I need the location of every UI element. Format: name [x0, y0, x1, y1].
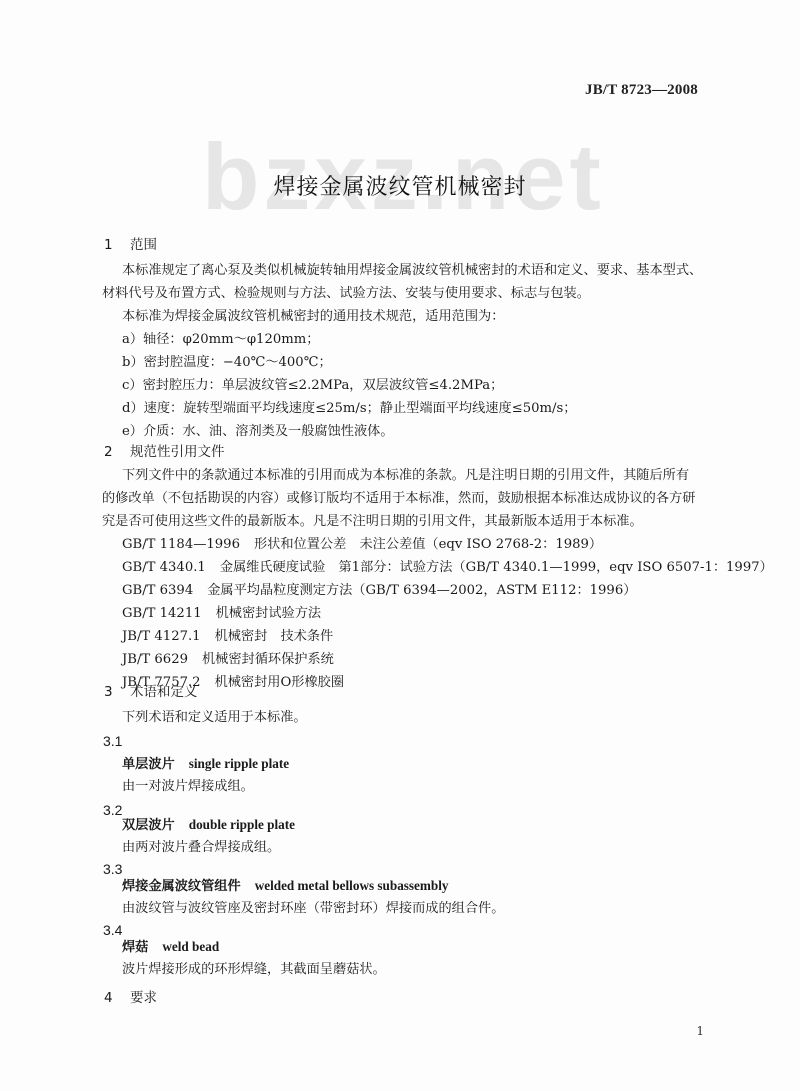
term-definition: 由波纹管与波纹管座及密封环座（带密封环）焊接而成的组合件。: [122, 900, 504, 918]
section-1-heading: 1范围: [104, 236, 157, 254]
term-definition: 由两对波片叠合焊接成组。: [122, 839, 280, 857]
term-chinese: 单层波片: [122, 757, 175, 772]
standard-code: JB/T 8723—2008: [585, 82, 698, 99]
section-title: 规范性引用文件: [130, 444, 225, 460]
section-number: 3: [104, 683, 130, 701]
scope-item-a: a）轴径：φ20mm～φ120mm；: [122, 331, 319, 349]
reference-code: JB/T 4127.1: [122, 629, 201, 644]
section-1-para2: 本标准为焊接金属波纹管机械密封的通用技术规范，适用范围为：: [122, 308, 504, 326]
reference-item: GB/T 14211机械密封试验方法: [122, 605, 321, 623]
scope-item-e: e）介质：水、油、溶剂类及一般腐蚀性液体。: [122, 423, 394, 441]
term-english: weld bead: [162, 939, 219, 954]
term-english: double ripple plate: [189, 817, 295, 832]
document-page: JB/T 8723—2008 bzxz.net 焊接金属波纹管机械密封 1范围 …: [0, 0, 800, 1091]
reference-item: GB/T 4340.1金属维氏硬度试验 第1部分：试验方法（GB/T 4340.…: [122, 559, 773, 577]
page-number: 1: [696, 1024, 704, 1038]
reference-item: JB/T 4127.1机械密封 技术条件: [122, 628, 333, 646]
section-3-heading: 3术语和定义: [104, 683, 198, 701]
section-2-para-line2: 的修改单（不包括勘误的内容）或修订版均不适用于本标准，然而，鼓励根据本标准达成协…: [102, 490, 695, 508]
term-chinese: 双层波片: [122, 818, 175, 833]
reference-code: GB/T 1184—1996: [122, 537, 240, 552]
reference-title: 形状和位置公差 未注公差值（eqv ISO 2768-2：1989）: [254, 537, 602, 552]
reference-code: JB/T 6629: [122, 652, 188, 667]
section-title: 术语和定义: [130, 684, 198, 700]
term-english: single ripple plate: [189, 756, 289, 771]
term-heading: 焊菇weld bead: [122, 938, 219, 957]
reference-title: 机械密封循环保护系统: [202, 652, 334, 667]
section-number: 1: [104, 236, 130, 254]
reference-code: GB/T 6394: [122, 583, 193, 598]
section-2-heading: 2规范性引用文件: [104, 443, 225, 461]
section-1-para1-line2: 材料代号及布置方式、检验规则与方法、试验方法、安装与使用要求、标志与包装。: [102, 285, 590, 303]
term-chinese: 焊接金属波纹管组件: [122, 879, 241, 894]
clause-number: 3.1: [103, 732, 122, 750]
term-heading: 单层波片single ripple plate: [122, 755, 289, 774]
section-4-heading: 4要求: [104, 989, 157, 1007]
section-number: 2: [104, 443, 130, 461]
section-2-para-line3: 究是否可使用这些文件的最新版本。凡是不注明日期的引用文件，其最新版本适用于本标准…: [102, 513, 643, 531]
section-title: 要求: [130, 990, 157, 1006]
clause-number: 3.4: [103, 921, 122, 939]
scope-item-c: c）密封腔压力：单层波纹管≤2.2MPa，双层波纹管≤4.2MPa；: [122, 377, 503, 395]
section-1-para1-line1: 本标准规定了离心泵及类似机械旋转轴用焊接金属波纹管机械密封的术语和定义、要求、基…: [122, 262, 702, 280]
reference-code: GB/T 4340.1: [122, 560, 206, 575]
scope-item-b: b）密封腔温度：−40℃～400℃；: [122, 354, 332, 372]
reference-item: GB/T 1184—1996形状和位置公差 未注公差值（eqv ISO 2768…: [122, 536, 602, 554]
term-definition: 由一对波片焊接成组。: [122, 778, 254, 796]
term-english: welded metal bellows subassembly: [255, 878, 449, 893]
reference-title: 机械密封用O形橡胶圈: [215, 675, 345, 690]
reference-item: GB/T 6394金属平均晶粒度测定方法（GB/T 6394—2002，ASTM…: [122, 582, 636, 600]
term-chinese: 焊菇: [122, 940, 148, 955]
term-heading: 双层波片double ripple plate: [122, 816, 295, 835]
document-title: 焊接金属波纹管机械密封: [0, 170, 800, 201]
reference-item: JB/T 6629机械密封循环保护系统: [122, 651, 334, 669]
reference-title: 机械密封 技术条件: [215, 629, 334, 644]
section-2-para-line1: 下列文件中的条款通过本标准的引用而成为本标准的条款。凡是注明日期的引用文件，其随…: [122, 467, 689, 485]
term-heading: 焊接金属波纹管组件welded metal bellows subassembl…: [122, 877, 448, 896]
reference-title: 金属维氏硬度试验 第1部分：试验方法（GB/T 4340.1—1999，eqv …: [220, 560, 773, 575]
clause-number: 3.2: [103, 801, 122, 819]
reference-title: 金属平均晶粒度测定方法（GB/T 6394—2002，ASTM E112：199…: [207, 583, 636, 598]
section-title: 范围: [130, 237, 157, 253]
reference-code: GB/T 14211: [122, 606, 202, 621]
clause-number: 3.3: [103, 860, 122, 878]
term-definition: 波片焊接形成的环形焊缝，其截面呈蘑菇状。: [122, 961, 386, 979]
section-3-intro: 下列术语和定义适用于本标准。: [122, 709, 307, 727]
scope-item-d: d）速度：旋转型端面平均线速度≤25m/s；静止型端面平均线速度≤50m/s；: [122, 400, 576, 418]
section-number: 4: [104, 989, 130, 1007]
reference-title: 机械密封试验方法: [216, 606, 322, 621]
